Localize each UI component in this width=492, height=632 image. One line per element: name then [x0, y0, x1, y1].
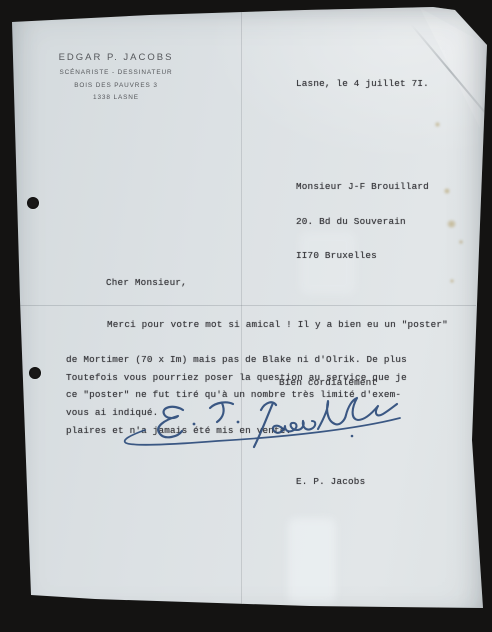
letter-photo: EDGAR P. JACOBS SCÉNARISTE - DESSINATEUR… [0, 0, 492, 632]
paper-edge-shading [0, 0, 492, 632]
letter-paper: EDGAR P. JACOBS SCÉNARISTE - DESSINATEUR… [0, 0, 492, 632]
